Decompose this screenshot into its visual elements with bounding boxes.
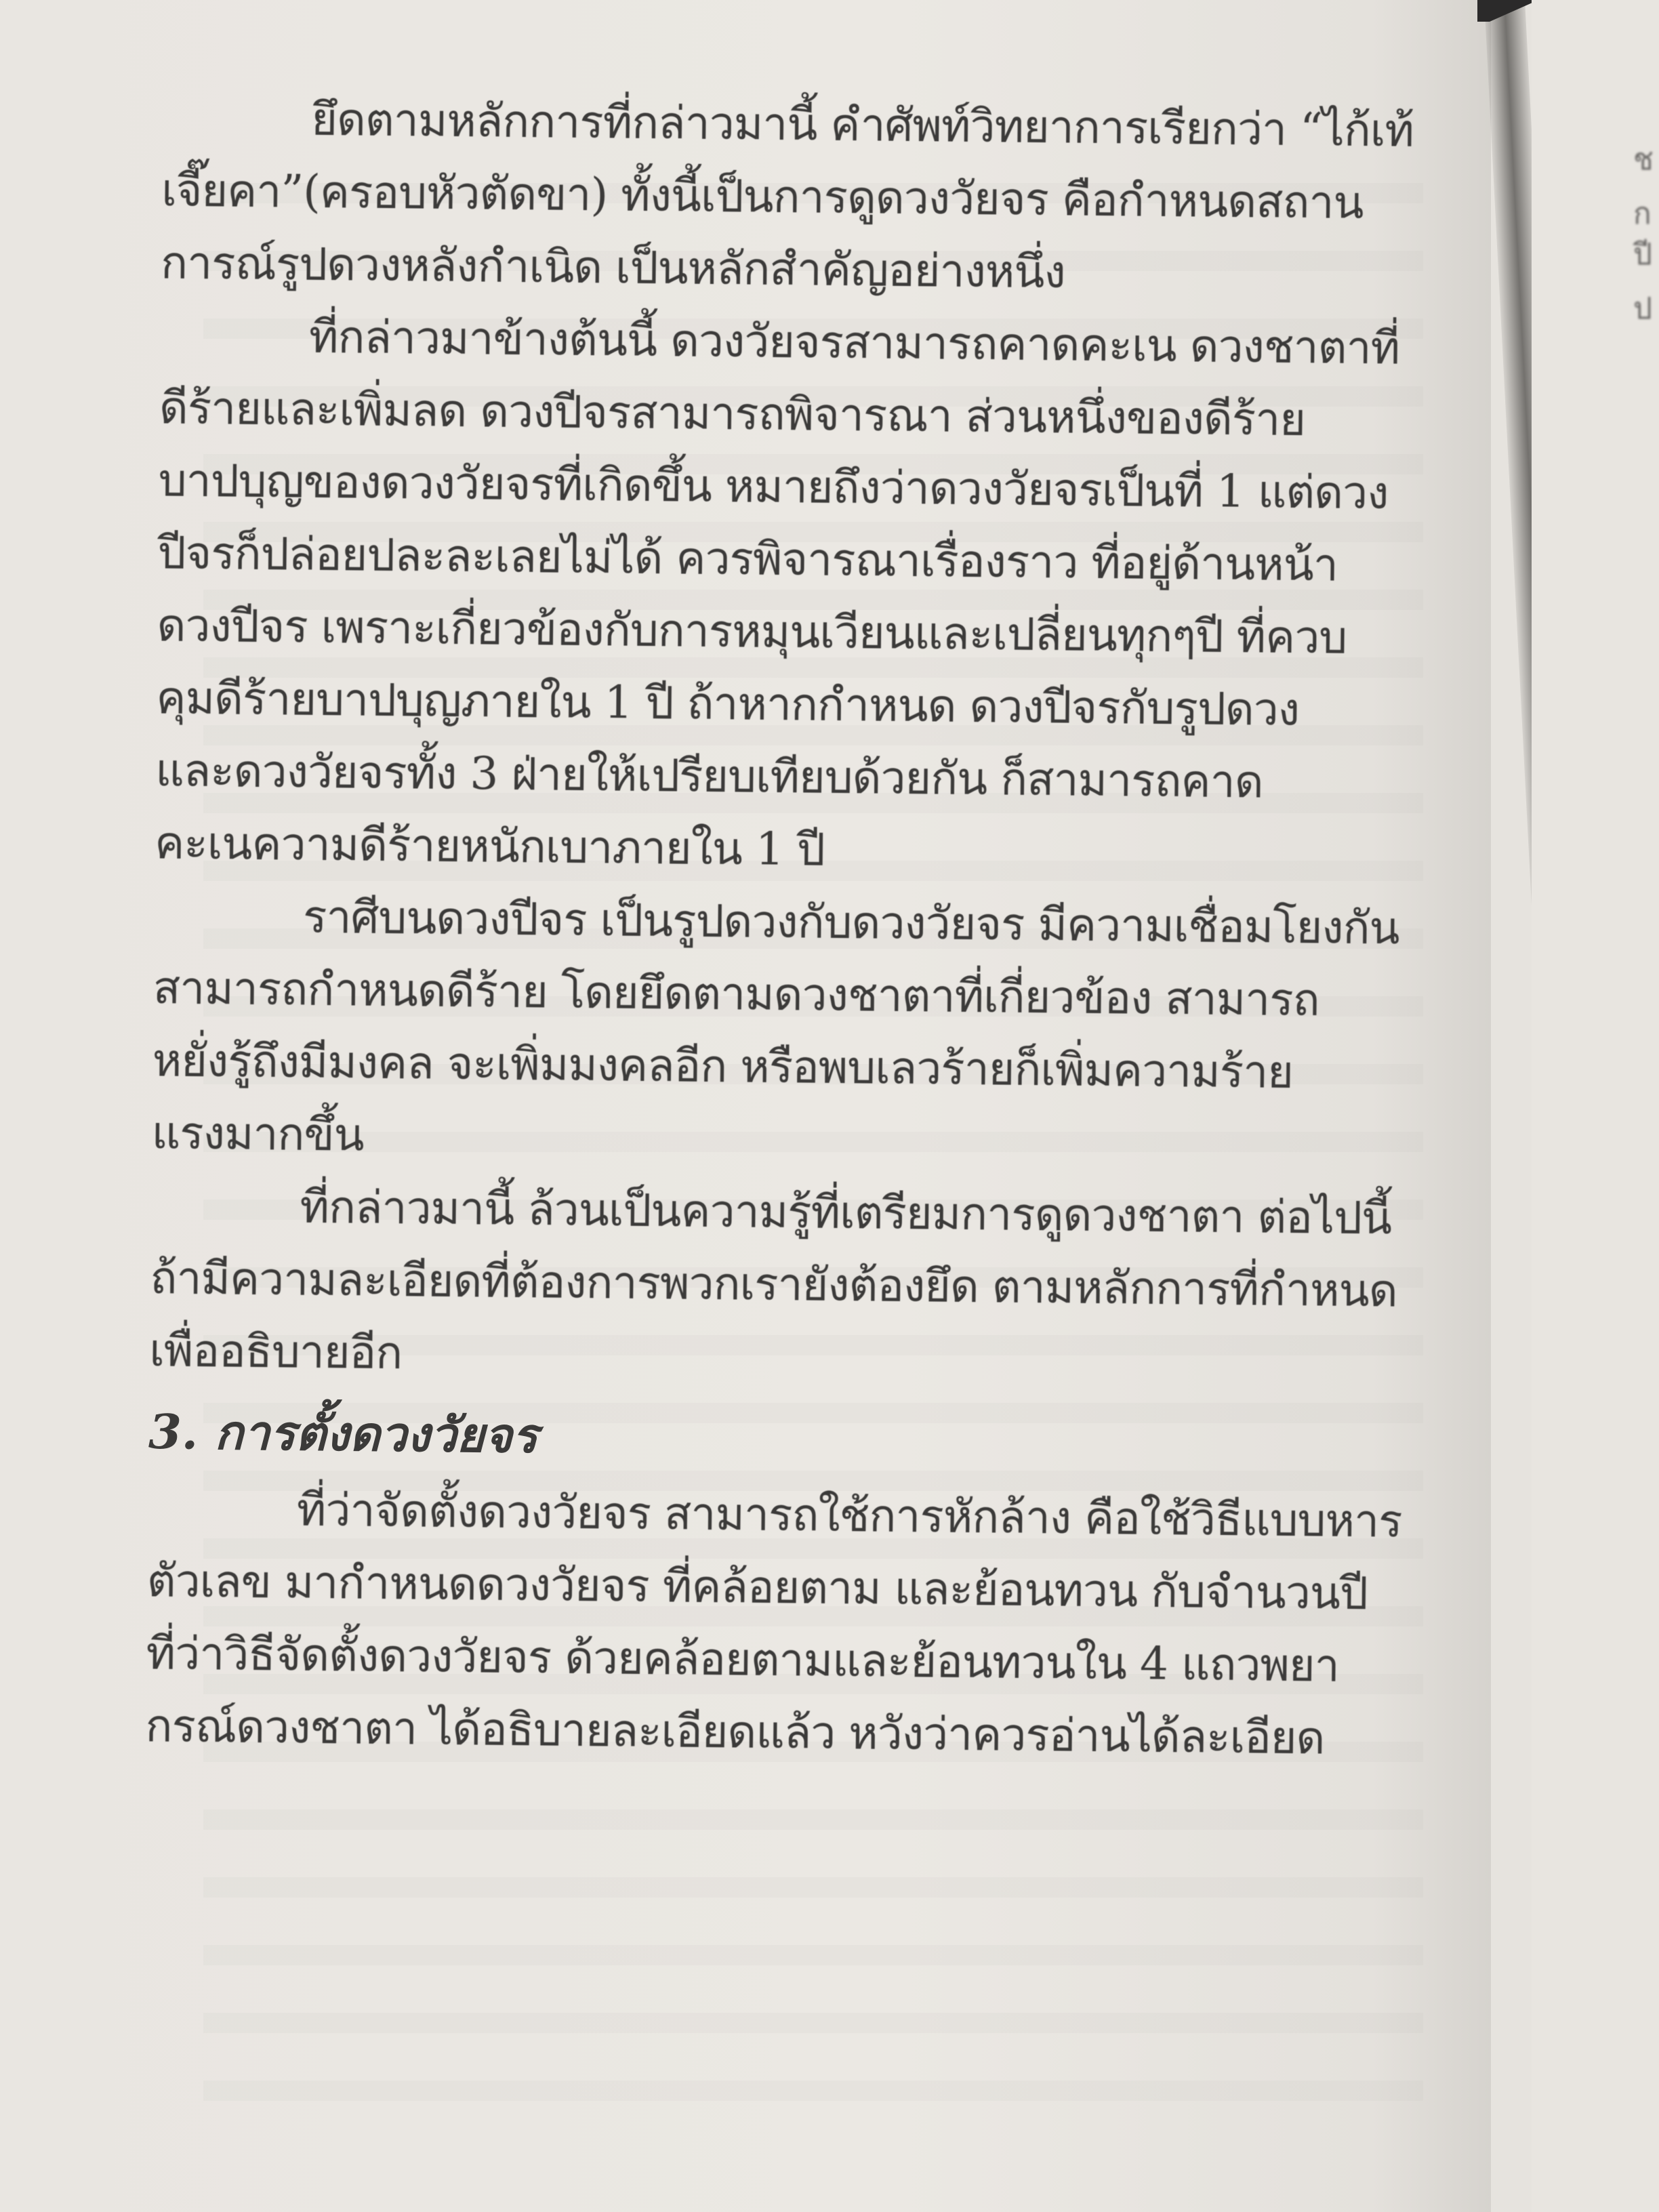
- text-line: ที่กล่าวมาข้างต้นนี้ ดวงวัยจรสามารถคาดคะ…: [160, 299, 1482, 385]
- section-heading: 3. การตั้งดวงวัยจร: [148, 1392, 1471, 1486]
- facing-page-edge: ช ก ปี ป: [1532, 0, 1659, 2212]
- paragraph-2: ที่กล่าวมาข้างต้นนี้ ดวงวัยจรสามารถคาดคะ…: [155, 299, 1482, 893]
- text-line: เพื่ออธิบายอีก: [149, 1314, 1471, 1400]
- text-line: คะเนความดีร้ายหนักเบาภายใน 1 ปี: [155, 806, 1477, 893]
- text-line: กรณ์ดวงชาตา ได้อธิบายละเอียดแล้ว หวังว่า…: [145, 1689, 1467, 1776]
- book-page: ยึดตามหลักการที่กล่าวมานี้ คำศัพท์วิทยาก…: [0, 0, 1491, 2212]
- text-line: การณ์รูปดวงหลังกำเนิด เป็นหลักสำคัญอย่าง…: [161, 226, 1483, 312]
- text-line: สามารถกำหนดดีร้าย โดยยึดตามดวงชาตาที่เกี…: [152, 951, 1475, 1038]
- text-line: แรงมากขึ้น: [151, 1097, 1473, 1183]
- paragraph-4: ที่กล่าวมานี้ ล้วนเป็นความรู้ที่เตรียมกา…: [149, 1169, 1473, 1400]
- text-line: ตัวเลข มากำหนดดวงวัยจร ที่คล้อยตาม และย้…: [146, 1544, 1469, 1631]
- text-line: คุมดีร้ายบาปบุญภายใน 1 ปี ถ้าหากกำหนด ดว…: [156, 661, 1478, 747]
- text-line: หยั่งรู้ถึงมีมงคล จะเพิ่มมงคลอีก หรือพบเ…: [152, 1024, 1474, 1110]
- text-line: ที่ว่าจัดตั้งดวงวัยจร สามารถใช้การหักล้า…: [147, 1472, 1469, 1558]
- text-line: ราศีบนดวงปีจร เป็นรูปดวงกับดวงวัยจร มีคว…: [154, 879, 1476, 965]
- text-line: ปีจรก็ปล่อยปละละเลยไม่ได้ ควรพิจารณาเรื่…: [157, 516, 1479, 602]
- text-line: ยึดตามหลักการที่กล่าวมานี้ คำศัพท์วิทยาก…: [162, 81, 1484, 167]
- section-paragraph: ที่ว่าจัดตั้งดวงวัยจร สามารถใช้การหักล้า…: [145, 1472, 1469, 1776]
- text-line: บาปบุญของดวงวัยจรที่เกิดขึ้น หมายถึงว่าด…: [158, 444, 1480, 530]
- paragraph-1: ยึดตามหลักการที่กล่าวมานี้ คำศัพท์วิทยาก…: [161, 81, 1484, 312]
- text-line: ดีร้ายและเพิ่มลด ดวงปีจรสามารถพิจารณา ส่…: [159, 371, 1481, 457]
- page-text-block: ยึดตามหลักการที่กล่าวมานี้ คำศัพท์วิทยาก…: [145, 81, 1484, 1776]
- text-line: ที่กล่าวมานี้ ล้วนเป็นความรู้ที่เตรียมกา…: [150, 1169, 1473, 1255]
- text-line: ถ้ามีความละเอียดที่ต้องการพวกเรายังต้องย…: [150, 1242, 1472, 1328]
- facing-page-fragment: ช: [1633, 136, 1654, 183]
- paragraph-3: ราศีบนดวงปีจร เป็นรูปดวงกับดวงวัยจร มีคว…: [151, 879, 1475, 1183]
- text-line: และดวงวัยจรทั้ง 3 ฝ่ายให้เปรียบเทียบด้วย…: [155, 734, 1477, 820]
- text-line: ดวงปีจร เพราะเกี่ยวข้องกับการหมุนเวียนแล…: [157, 589, 1479, 675]
- text-line: เจี๊ยคา”(ครอบหัวตัดขา) ทั้งนี้เป็นการดูด…: [161, 154, 1483, 240]
- facing-page-fragment: ปี: [1633, 230, 1652, 278]
- text-line: ที่ว่าวิธีจัดตั้งดวงวัยจร ด้วยคล้อยตามแล…: [146, 1617, 1468, 1703]
- facing-page-fragment: ป: [1633, 285, 1652, 332]
